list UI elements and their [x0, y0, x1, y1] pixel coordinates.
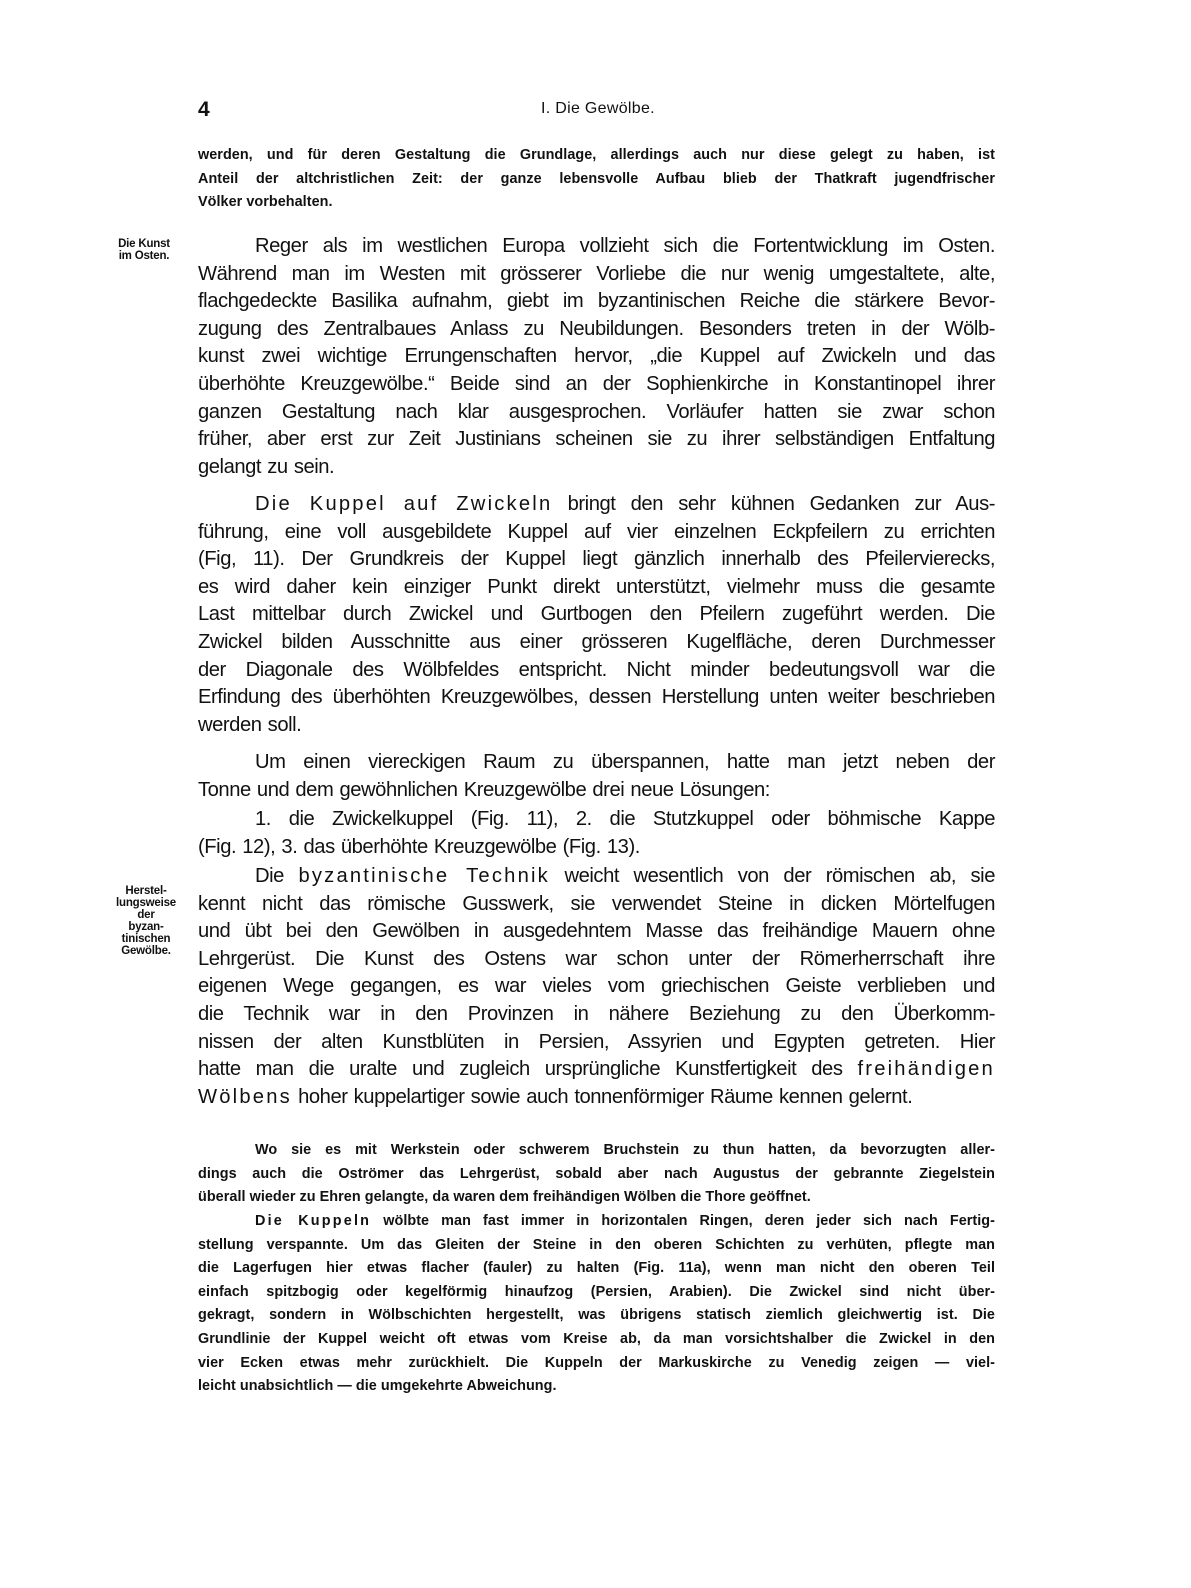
text-line: nissen der alten Kunstblüten in Persien,…	[198, 1029, 995, 1057]
text-line: leicht unabsichtlich — die umgekehrte Ab…	[198, 1375, 995, 1399]
text-line: Um einen viereckigen Raum zu überspannen…	[198, 749, 995, 777]
text-line: Völker vorbehalten.	[198, 191, 995, 215]
margin-note-line: byzan-	[112, 921, 180, 933]
text-line: Die Kuppeln wölbte man fast immer in hor…	[198, 1210, 995, 1234]
document-page: 4 I. Die Gewölbe. werden, und für deren …	[0, 0, 1191, 1588]
text-line: der Diagonale des Wölbfeldes entspricht.…	[198, 657, 995, 685]
text-line: Lehrgerüst. Die Kunst des Ostens war sch…	[198, 946, 995, 974]
text-line: 1. die Zwickelkuppel (Fig. 11), 2. die S…	[198, 806, 995, 834]
text-line: vier Ecken etwas mehr zurückhielt. Die K…	[198, 1352, 995, 1376]
text-line: Die Kuppel auf Zwickeln bringt den sehr …	[198, 491, 995, 519]
text-span: weicht wesentlich von der römischen ab, …	[550, 865, 995, 887]
text-line: Reger als im westlichen Europa vollzieht…	[198, 233, 995, 261]
margin-note-line: im Osten.	[110, 250, 178, 262]
page-header: 4 I. Die Gewölbe.	[198, 98, 998, 128]
text-span: Die	[255, 865, 298, 887]
text-line: hatte man die uralte und zugleich ursprü…	[198, 1056, 995, 1084]
text-line: Last mittelbar durch Zwickel und Gurtbog…	[198, 601, 995, 629]
emphasis-text: byzantinische Technik	[298, 865, 550, 887]
text-line: gekragt, sondern in Wölbschichten herges…	[198, 1304, 995, 1328]
text-line: dings auch die Oströmer das Lehrgerüst, …	[198, 1163, 995, 1187]
margin-note-herstellungsweise: Herstel- lungsweise der byzan- tinischen…	[112, 885, 180, 957]
emphasis-text: freihändigen	[857, 1058, 995, 1080]
text-line: Die byzantinische Technik weicht wesentl…	[198, 863, 995, 891]
body-paragraph-1: Reger als im westlichen Europa vollzieht…	[198, 233, 995, 481]
margin-note-line: lungsweise	[112, 897, 180, 909]
text-line: führung, eine voll ausgebildete Kuppel a…	[198, 519, 995, 547]
text-line: gelangt zu sein.	[198, 454, 995, 482]
margin-note-line: Herstel-	[112, 885, 180, 897]
text-line: (Fig, 11). Der Grundkreis der Kuppel lie…	[198, 546, 995, 574]
text-line: stellung verspannte. Um das Gleiten der …	[198, 1234, 995, 1258]
text-line: Während man im Westen mit grösserer Vorl…	[198, 261, 995, 289]
body-paragraph-5: Die byzantinische Technik weicht wesentl…	[198, 863, 995, 1111]
running-head: I. Die Gewölbe.	[198, 100, 998, 118]
margin-note-line: tinischen	[112, 933, 180, 945]
body-paragraph-4: 1. die Zwickelkuppel (Fig. 11), 2. die S…	[198, 806, 995, 861]
emphasis-text: Die Kuppeln	[255, 1213, 371, 1229]
margin-note-line: der	[112, 909, 180, 921]
emphasis-text: Wölbens	[198, 1086, 292, 1108]
text-line: eigenen Wege gegangen, es war vieles vom…	[198, 973, 995, 1001]
text-span: hatte man die uralte und zugleich ursprü…	[198, 1058, 857, 1080]
margin-note-kunst-im-osten: Die Kunst im Osten.	[110, 238, 178, 262]
text-span: hoher kuppelartiger sowie auch tonnenför…	[292, 1086, 912, 1108]
text-line: werden, und für deren Gestaltung die Gru…	[198, 144, 995, 168]
intro-paragraph: werden, und für deren Gestaltung die Gru…	[198, 144, 995, 215]
text-line: kunst zwei wichtige Errungenschaften her…	[198, 343, 995, 371]
text-line: Anteil der altchristlichen Zeit: der gan…	[198, 168, 995, 192]
text-line: flachgedeckte Basilika aufnahm, giebt im…	[198, 288, 995, 316]
note-paragraph-1: Wo sie es mit Werkstein oder schwerem Br…	[198, 1139, 995, 1210]
text-line: früher, aber erst zur Zeit Justinians sc…	[198, 426, 995, 454]
text-line: einfach spitzbogig oder kegelförmig hina…	[198, 1281, 995, 1305]
margin-note-line: Gewölbe.	[112, 945, 180, 957]
text-line: überhöhte Kreuzgewölbe.“ Beide sind an d…	[198, 371, 995, 399]
text-line: Wölbens hoher kuppelartiger sowie auch t…	[198, 1084, 995, 1112]
text-line: Erfindung des überhöhten Kreuzgewölbes, …	[198, 684, 995, 712]
text-line: zugung des Zentralbaues Anlass zu Neubil…	[198, 316, 995, 344]
text-span: wölbte man fast immer in horizontalen Ri…	[371, 1213, 995, 1229]
body-paragraph-3: Um einen viereckigen Raum zu überspannen…	[198, 749, 995, 804]
text-line: die Lagerfugen hier etwas flacher (faule…	[198, 1257, 995, 1281]
text-line: (Fig. 12), 3. das überhöhte Kreuzgewölbe…	[198, 834, 995, 862]
text-line: und übt bei den Gewölben in ausgedehntem…	[198, 918, 995, 946]
body-paragraph-2: Die Kuppel auf Zwickeln bringt den sehr …	[198, 491, 995, 739]
text-line: Wo sie es mit Werkstein oder schwerem Br…	[198, 1139, 995, 1163]
text-line: Zwickel bilden Ausschnitte aus einer grö…	[198, 629, 995, 657]
text-line: kennt nicht das römische Gusswerk, sie v…	[198, 891, 995, 919]
text-line: die Technik war in den Provinzen in nähe…	[198, 1001, 995, 1029]
emphasis-text: Die Kuppel auf Zwickeln	[255, 493, 552, 515]
text-line: Tonne und dem gewöhnlichen Kreuzgewölbe …	[198, 777, 995, 805]
text-line: werden soll.	[198, 712, 995, 740]
text-line: überall wieder zu Ehren gelangte, da war…	[198, 1186, 995, 1210]
note-paragraph-2: Die Kuppeln wölbte man fast immer in hor…	[198, 1210, 995, 1399]
text-line: ganzen Gestaltung nach klar ausgesproche…	[198, 399, 995, 427]
margin-note-line: Die Kunst	[110, 238, 178, 250]
text-span: bringt den sehr kühnen Gedanken zur Aus-	[552, 493, 995, 515]
text-line: Grundlinie der Kuppel weicht oft etwas v…	[198, 1328, 995, 1352]
text-line: es wird daher kein einziger Punkt direkt…	[198, 574, 995, 602]
